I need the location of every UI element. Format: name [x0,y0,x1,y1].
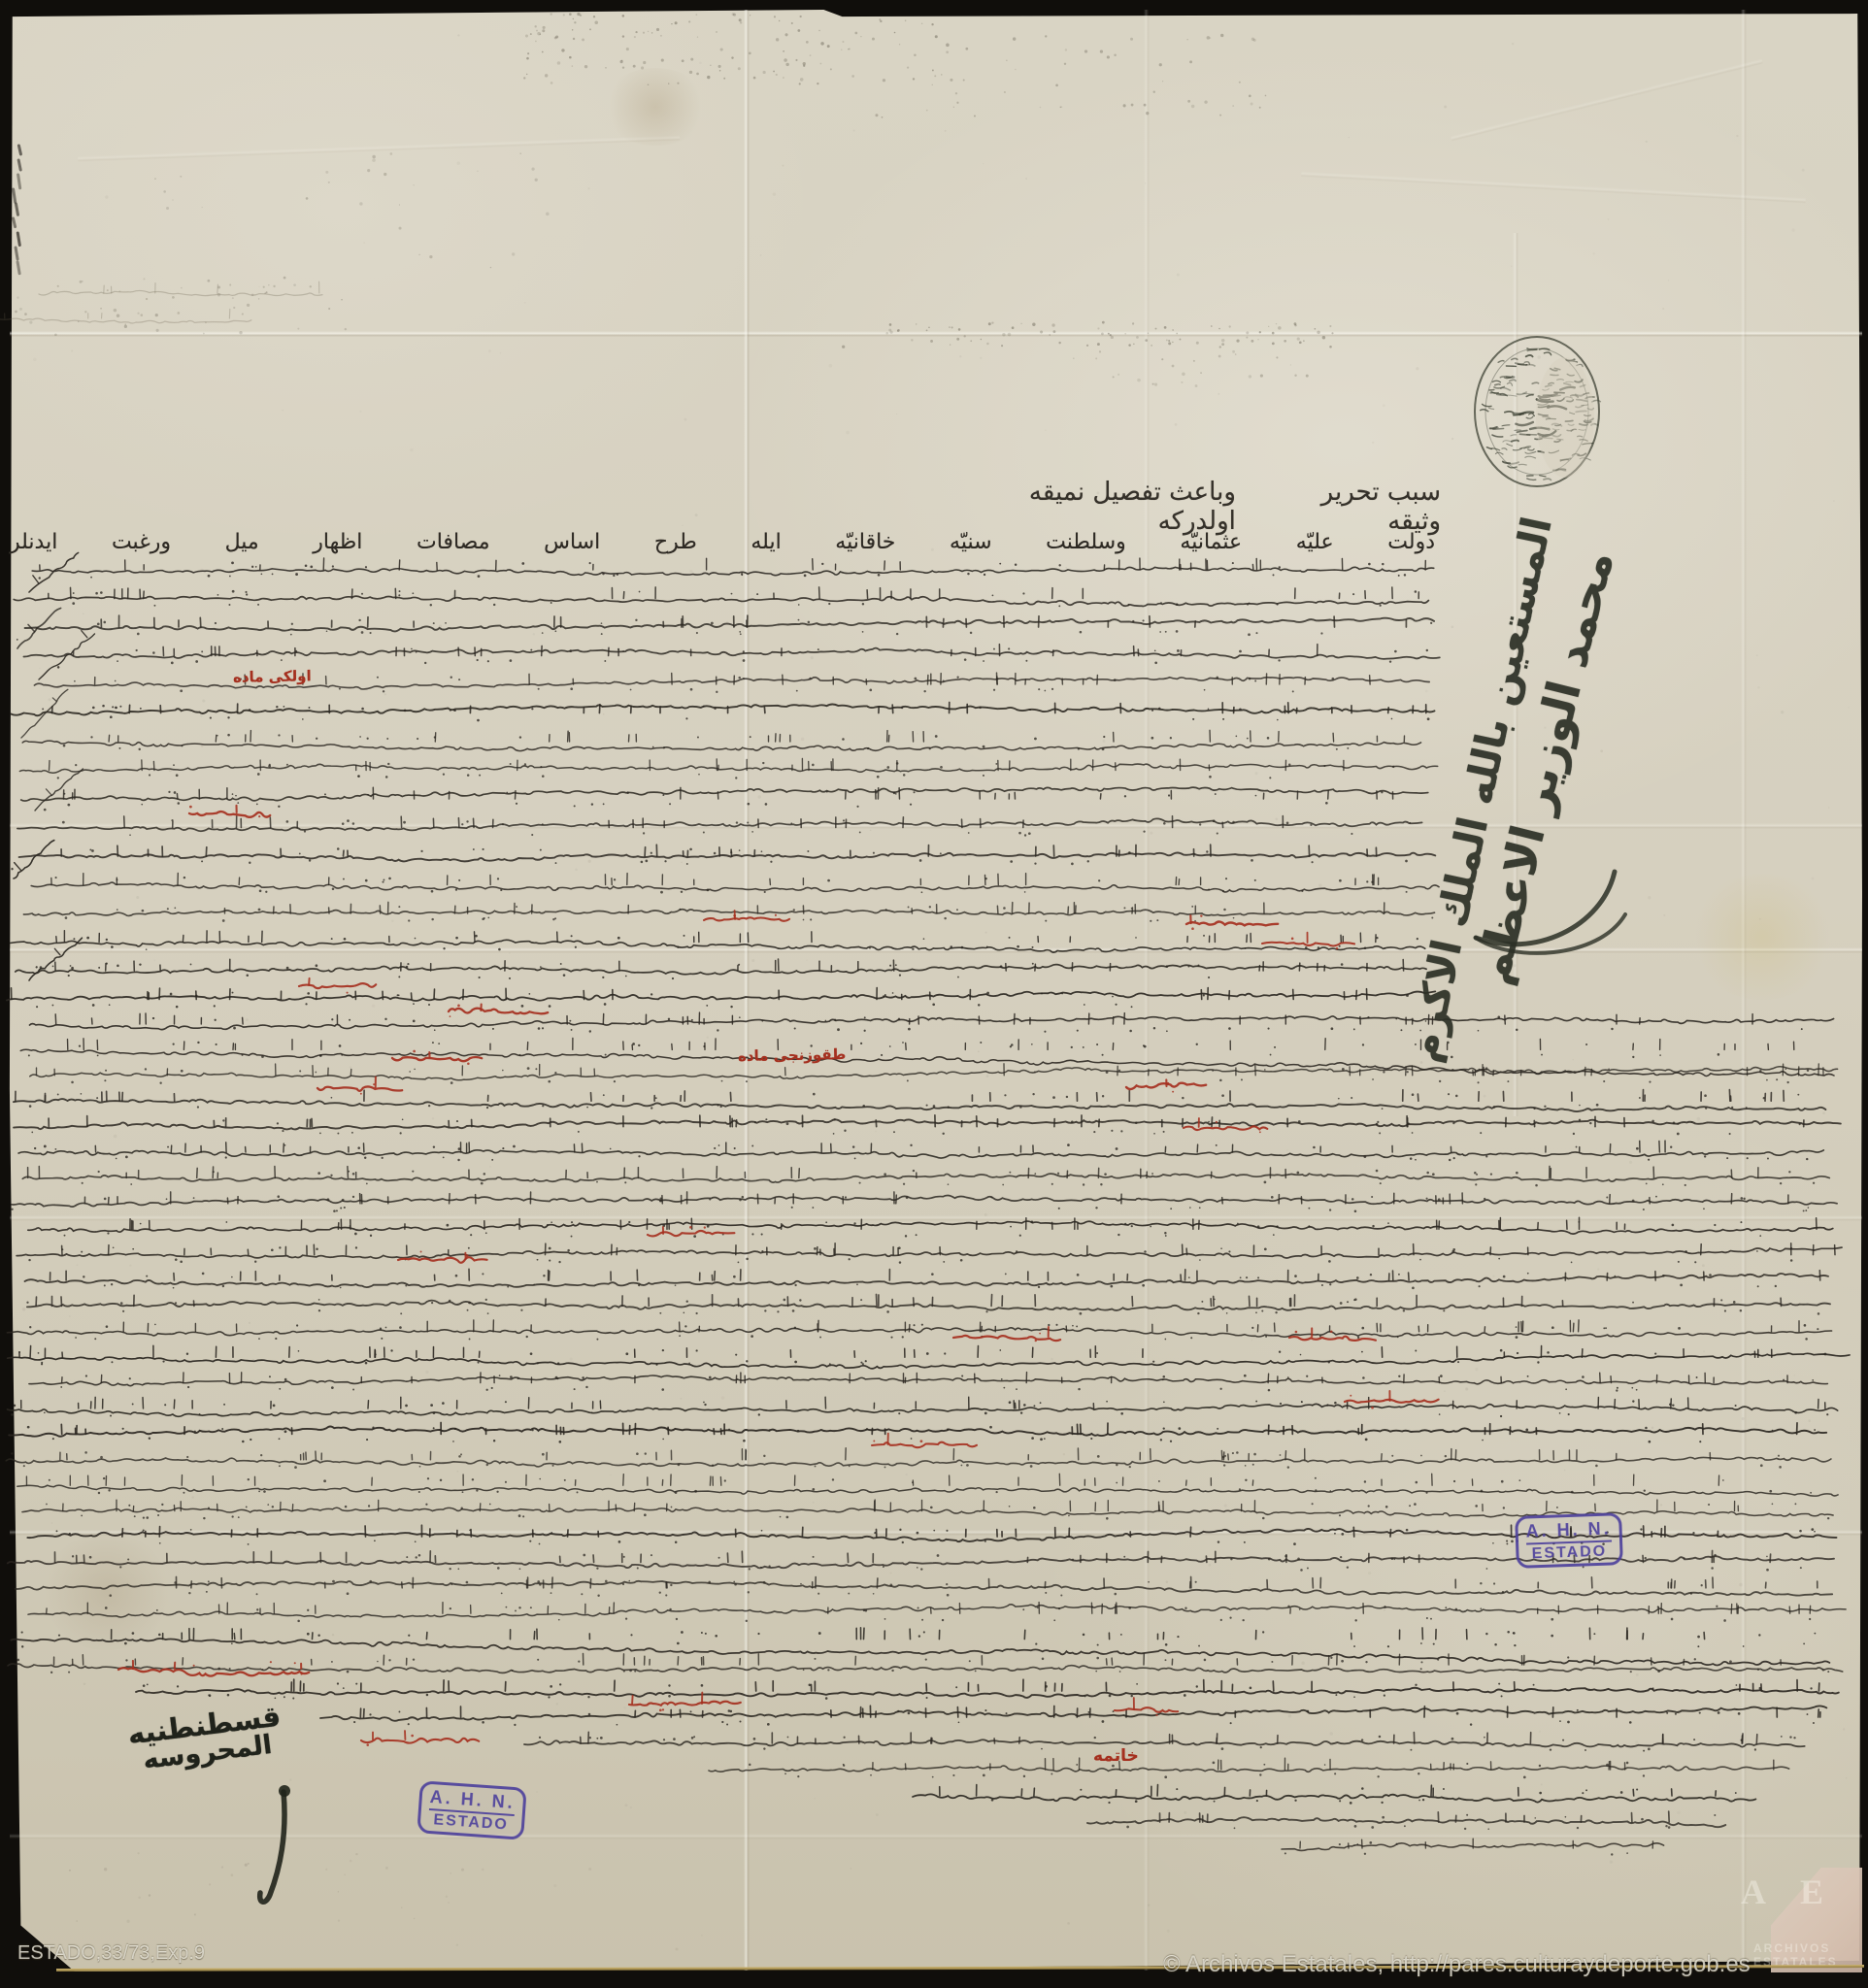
ahn-estado-stamp: A. H. N. ESTADO [1515,1512,1623,1569]
stamp-line2: ESTADO [1526,1540,1613,1563]
archive-monogram: A E [1741,1872,1837,1912]
reference-watermark: ESTADO,33/73,Exp.9 [17,1942,205,1965]
heading-right-part: سبب تحرير وثيقه [1290,478,1441,536]
rubric-article-1: اولكى ماده [233,667,312,685]
rubric-conclusion: خاتمه [1093,1746,1139,1766]
credit-watermark: © Archivos Estatales, http://pares.cultu… [1163,1951,1751,1978]
scanned-document: سبب تحرير وثيقه وباعث تفصيل نميقه اولدرك… [0,0,1868,1988]
stamp-line1: A. H. N. [1525,1518,1612,1541]
heading-left-part: وباعث تفصيل نميقه اولدركه [992,478,1236,536]
rubric-article-9: طقوزنجى ماده [738,1045,847,1065]
document-heading: سبب تحرير وثيقه وباعث تفصيل نميقه اولدرك… [992,478,1441,536]
handwriting-layer [0,0,1868,1988]
opening-line: دولت عليّه عثمانيّه وسلطنت سنيّه خاقانيّ… [10,530,1435,554]
ahn-estado-stamp: A. H. N. ESTADO [417,1780,527,1840]
